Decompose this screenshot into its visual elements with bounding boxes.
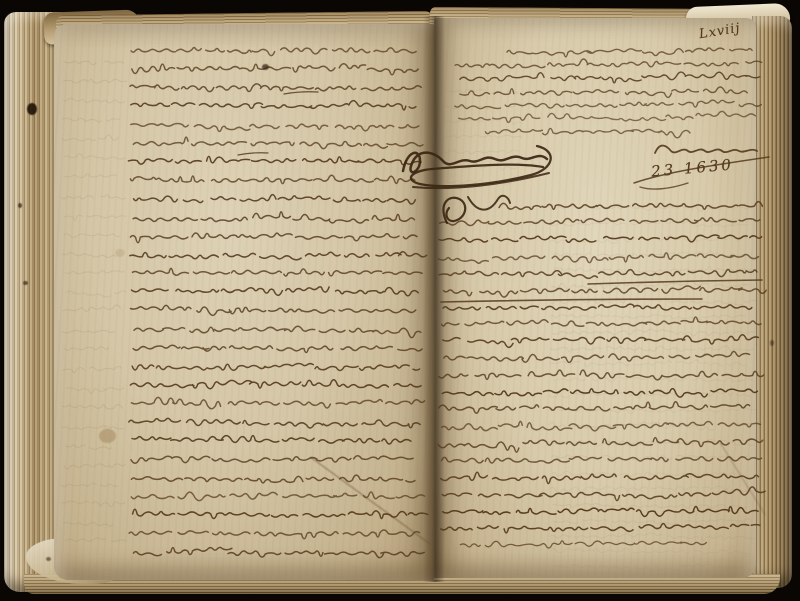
gutter-shadow <box>423 16 445 582</box>
book-spread: Lxviij 23 1630 <box>0 0 800 601</box>
right-page <box>434 18 756 578</box>
manuscript-photo: Lxviij 23 1630 <box>0 0 800 601</box>
left-page <box>54 24 434 580</box>
